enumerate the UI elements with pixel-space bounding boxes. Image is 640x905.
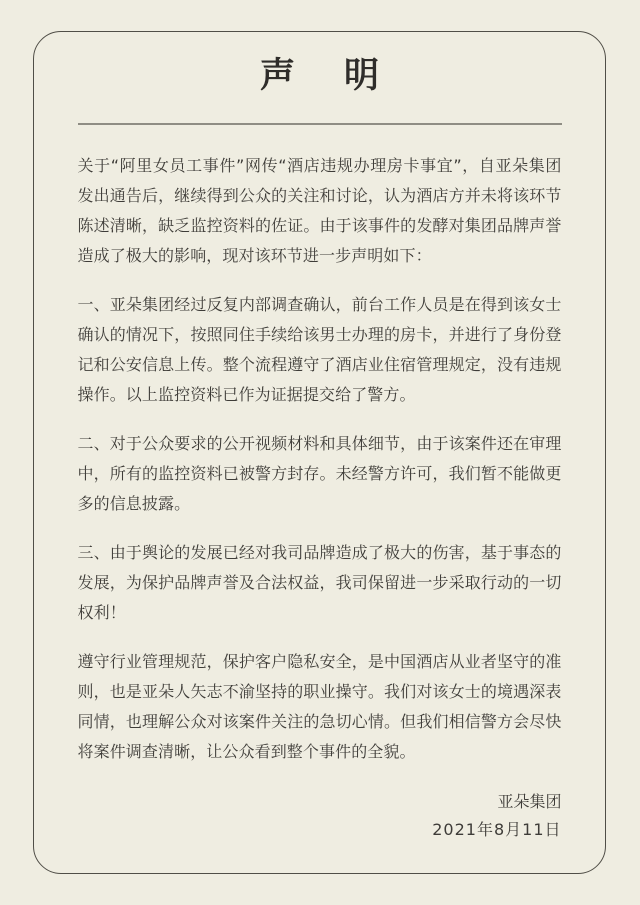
statement-body: 关于“阿里女员工事件”网传“酒店违规办理房卡事宜”，自亚朵集团发出通告后，继续得… — [78, 151, 562, 767]
signature-block: 亚朵集团 2021年8月11日 — [78, 788, 562, 844]
title-divider — [78, 123, 562, 125]
signature-date: 2021年8月11日 — [78, 816, 562, 844]
statement-frame: 声 明 关于“阿里女员工事件”网传“酒店违规办理房卡事宜”，自亚朵集团发出通告后… — [33, 31, 606, 874]
paragraph-closing: 遵守行业管理规范，保护客户隐私安全，是中国酒店从业者坚守的准则，也是亚朵人矢志不… — [78, 647, 562, 767]
statement-page: 声 明 关于“阿里女员工事件”网传“酒店违规办理房卡事宜”，自亚朵集团发出通告后… — [0, 0, 640, 905]
statement-title: 声 明 — [34, 59, 605, 94]
paragraph-intro: 关于“阿里女员工事件”网传“酒店违规办理房卡事宜”，自亚朵集团发出通告后，继续得… — [78, 151, 562, 271]
paragraph-point-2: 二、对于公众要求的公开视频材料和具体细节，由于该案件还在审理中，所有的监控资料已… — [78, 429, 562, 519]
signatory-name: 亚朵集团 — [78, 788, 562, 816]
paragraph-point-3: 三、由于舆论的发展已经对我司品牌造成了极大的伤害，基于事态的发展，为保护品牌声誉… — [78, 538, 562, 628]
paragraph-point-1: 一、亚朵集团经过反复内部调查确认，前台工作人员是在得到该女士确认的情况下，按照同… — [78, 290, 562, 410]
